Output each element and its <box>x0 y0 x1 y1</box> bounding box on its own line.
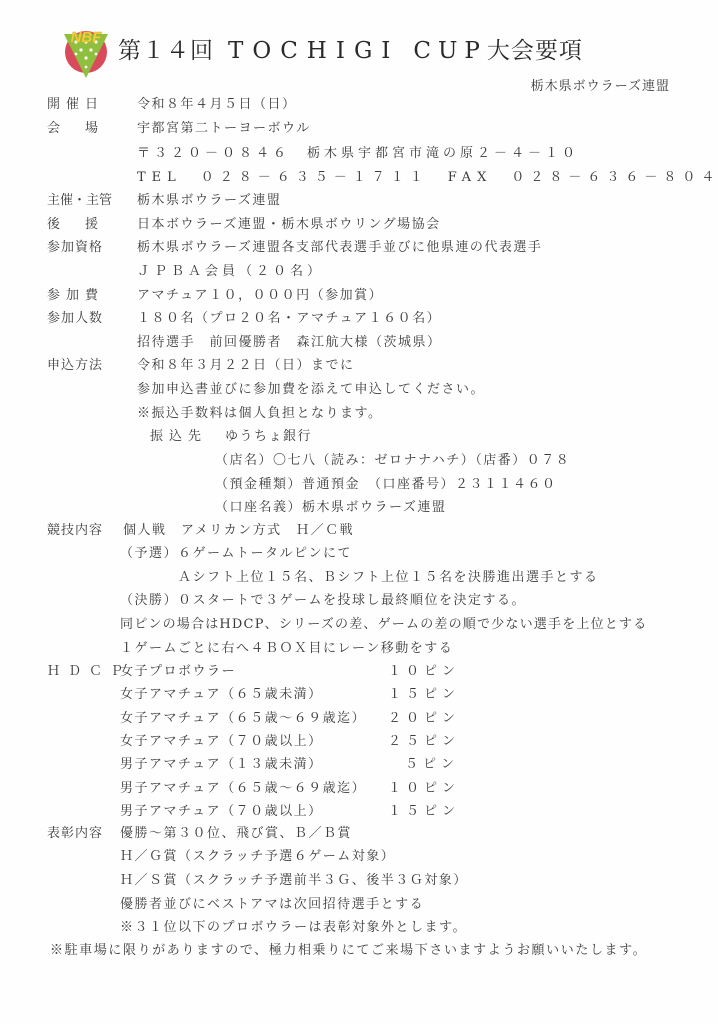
venue-address: 〒３２０－０８４６ 栃木県宇都宮市滝の原２－４－１０ <box>137 146 579 162</box>
date-value: 令和８年４月５日（日） <box>137 97 297 113</box>
hdcp-pins: ２０ピン <box>388 711 460 727</box>
svg-text:NBF: NBF <box>71 29 103 46</box>
awards-line: 優勝者並びにベストアマは次回招待選手とする <box>120 897 424 913</box>
support-label: 後 援 <box>47 217 104 233</box>
application-label: 申込方法 <box>47 358 103 374</box>
prelim-label: （予選） <box>120 546 178 562</box>
bank-branch: （店名）〇七八（読み：ゼロナナハチ）（店番）０７８ <box>215 453 570 469</box>
document-page: NBF 第１４回TOCHIGICUP大会要項 栃木県ボウラーズ連盟 開催日 令和… <box>0 0 718 1024</box>
bowling-logo-icon: NBF <box>62 26 110 80</box>
hdcp-pins: １５ピン <box>388 687 460 703</box>
application-fee-note: ※振込手数料は個人負担となります。 <box>137 406 382 422</box>
parking-note: ※駐車場に限りがありますので、極力相乗りにてご来場下さいますようお願いいたします… <box>50 943 647 959</box>
prelim-qualifiers: Ａシフト上位１５名、Ｂシフト上位１５名を決勝進出選手とする <box>178 570 599 586</box>
prelim-text: ６ゲームトータルピンにて <box>178 546 352 562</box>
participants-label: 参加人数 <box>47 311 103 327</box>
eligibility-line1: 栃木県ボウラーズ連盟各支部代表選手並びに他県連の代表選手 <box>137 240 542 256</box>
awards-label: 表彰内容 <box>47 826 103 842</box>
final-text: ０スタートで３ゲームを投球し最終順位を決定する。 <box>178 593 526 609</box>
application-instruction: 参加申込書並びに参加費を添えて申込してください。 <box>137 382 485 398</box>
venue-name: 宇都宮第二トーヨーボウル <box>137 121 311 137</box>
bank-account: （預金種類）普通預金 （口座番号）２３１１４６０ <box>215 477 557 493</box>
hdcp-category: 女子アマチュア（６５歳～６９歳迄） <box>120 711 366 727</box>
hdcp-label: ＨＤＣＰ <box>47 664 131 680</box>
title-cup: CUP <box>413 38 486 64</box>
hdcp-pins: １５ピン <box>388 804 460 820</box>
bank-name: ゆうちょ銀行 <box>225 429 312 445</box>
organizer-name: 栃木県ボウラーズ連盟 <box>531 75 670 94</box>
awards-line: ※３１位以下のプロボウラーは表彰対象外とします。 <box>120 920 467 936</box>
title-prefix: 第１４回 <box>118 38 214 64</box>
nbf-logo: NBF <box>62 26 110 80</box>
hdcp-pins: １０ピン <box>388 664 460 680</box>
tiebreak-rule: 同ピンの場合はHDCP、シリーズの差、ゲームの差の順で少ない選手を上位とする <box>120 617 647 633</box>
hdcp-pins: ５ピン <box>405 757 459 773</box>
hdcp-category: 女子アマチュア（７０歳以上） <box>120 734 323 750</box>
competition-format: 個人戦 アメリカン方式 Ｈ／Ｃ戦 <box>123 523 354 539</box>
lane-move-rule: １ゲームごとに右へ４ＢＯＸ目にレーン移動をする <box>120 641 453 657</box>
awards-line: Ｈ／Ｓ賞（スクラッチ予選前半３Ｇ、後半３Ｇ対象） <box>120 873 468 889</box>
fee-label: 参加費 <box>47 288 104 304</box>
competition-label: 競技内容 <box>47 523 103 539</box>
participants-line2: 招待選手 前回優勝者 森江航大様（茨城県） <box>137 335 442 351</box>
hdcp-pins: ２５ピン <box>388 734 460 750</box>
date-label: 開催日 <box>47 97 104 113</box>
hdcp-pins: １０ピン <box>388 781 460 797</box>
awards-line: 優勝～第３０位、飛び賞、Ｂ／Ｂ賞 <box>120 826 352 842</box>
participants-line1: １８０名（プロ２０名・アマチュア１６０名） <box>137 311 441 327</box>
title-suffix: 大会要項 <box>487 38 583 64</box>
hdcp-category: 男子アマチュア（１３歳未満） <box>120 757 323 773</box>
bank-holder: （口座名義）栃木県ボウラーズ連盟 <box>215 500 446 516</box>
final-label: （決勝） <box>120 593 178 609</box>
venue-contact: TEL ０２８－６３５－１７１１ FAX ０２８－６３６－８０４０ <box>137 170 718 186</box>
fee-value: アマチュア１０，０００円（参加賞） <box>137 288 383 304</box>
hdcp-category: 男子アマチュア（７０歳以上） <box>120 804 323 820</box>
hdcp-category: 女子アマチュア（６５歳未満） <box>120 687 323 703</box>
document-title: 第１４回TOCHIGICUP大会要項 <box>118 32 583 65</box>
host-value: 栃木県ボウラーズ連盟 <box>137 193 281 209</box>
eligibility-label: 参加資格 <box>47 240 103 256</box>
title-tochigi: TOCHIGI <box>228 38 399 64</box>
application-deadline: 令和８年３月２２日（日）までに <box>137 358 355 374</box>
hdcp-category: 男子アマチュア（６５歳～６９歳迄） <box>120 781 366 797</box>
host-label: 主催・主管 <box>47 193 112 209</box>
venue-label: 会 場 <box>47 121 104 137</box>
eligibility-line2: ＪＰＢＡ会員（２０名） <box>137 264 324 280</box>
awards-line: Ｈ／Ｇ賞（スクラッチ予選６ゲーム対象） <box>120 849 395 865</box>
bank-label: 振込先 <box>150 429 207 445</box>
hdcp-category: 女子プロボウラー <box>120 664 236 680</box>
support-value: 日本ボウラーズ連盟・栃木県ボウリング場協会 <box>137 217 441 233</box>
